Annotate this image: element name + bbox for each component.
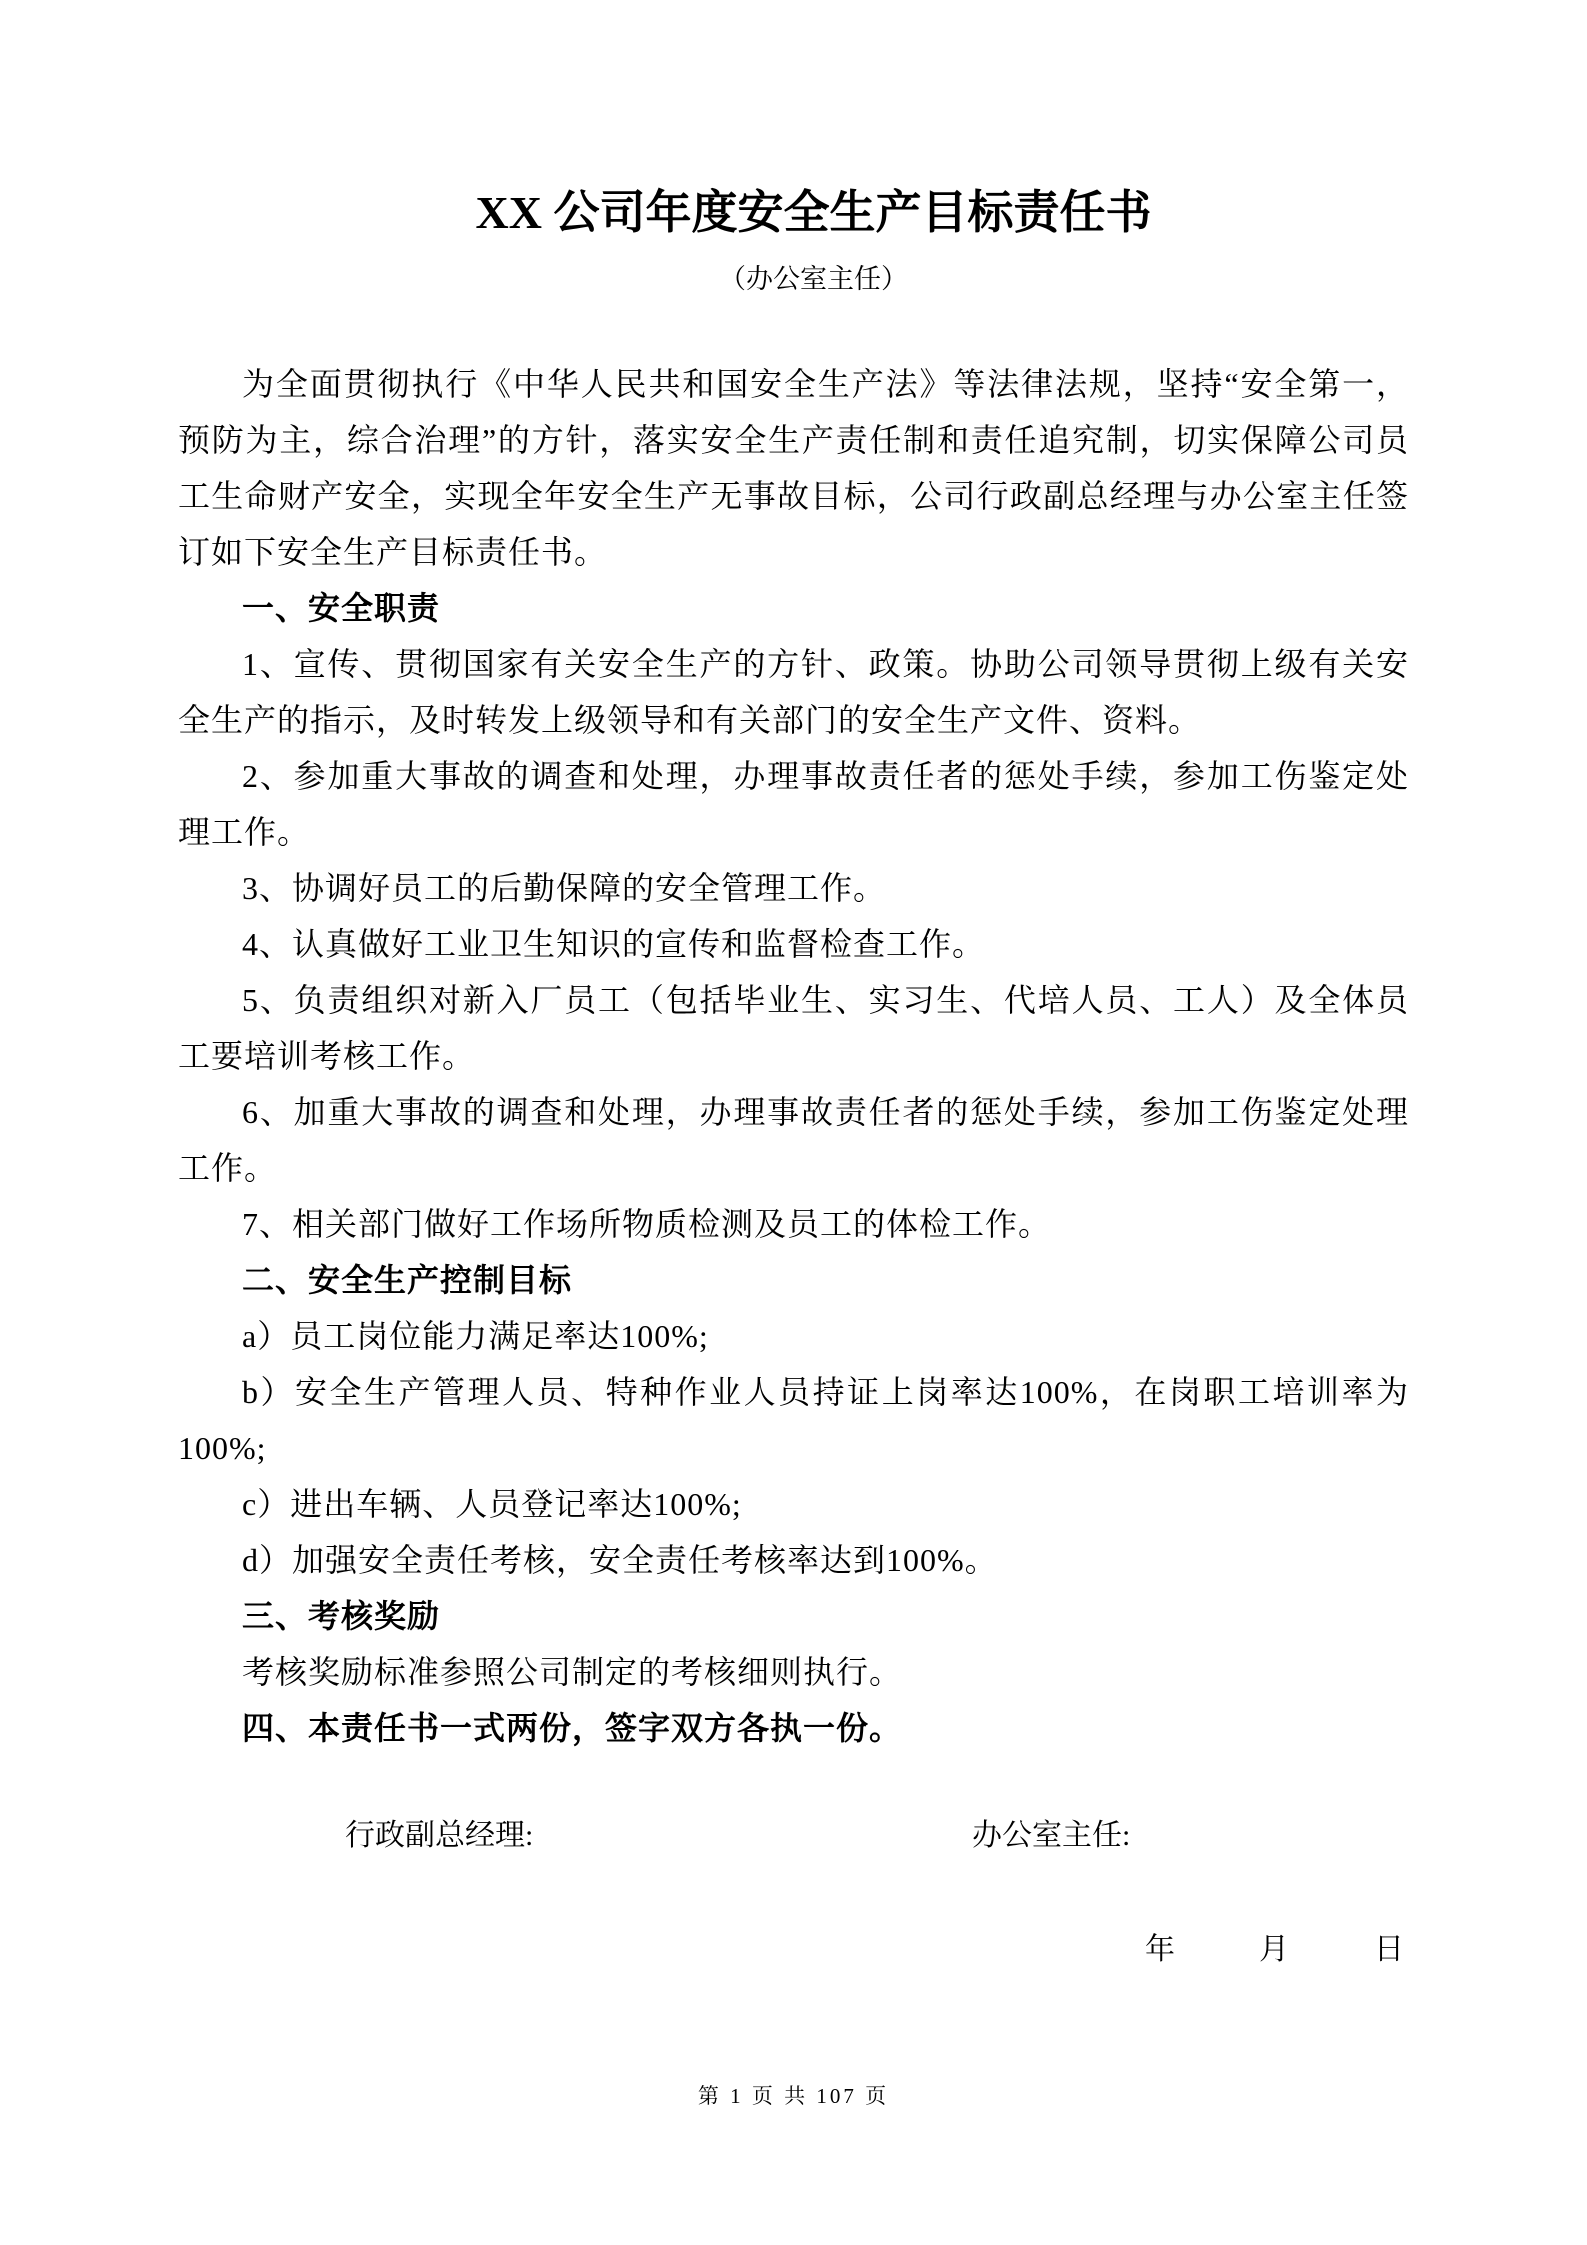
section4-heading: 四、本责任书一式两份，签字双方各执一份。 xyxy=(178,1700,1409,1756)
section3-heading: 三、考核奖励 xyxy=(178,1588,1409,1644)
date-line: 年 月 日 xyxy=(178,1922,1409,1978)
document-page: XX 公司年度安全生产目标责任书 （办公室主任） 为全面贯彻执行《中华人民共和国… xyxy=(0,0,1587,2245)
signature-left-label: 行政副总经理: xyxy=(345,1808,533,1864)
section2-item-a: a）员工岗位能力满足率达100%; xyxy=(178,1308,1409,1364)
document-body: 为全面贯彻执行《中华人民共和国安全生产法》等法律法规，坚持“安全第一，预防为主，… xyxy=(178,356,1409,1756)
date-month-label: 月 xyxy=(1259,1922,1289,1978)
section2-heading: 二、安全生产控制目标 xyxy=(178,1252,1409,1308)
date-day-label: 日 xyxy=(1374,1922,1404,1978)
section2-item-d: d）加强安全责任考核，安全责任考核率达到100%。 xyxy=(178,1532,1409,1588)
document-title: XX 公司年度安全生产目标责任书 xyxy=(178,0,1409,240)
intro-paragraph: 为全面贯彻执行《中华人民共和国安全生产法》等法律法规，坚持“安全第一，预防为主，… xyxy=(178,356,1409,580)
section2-item-b: b）安全生产管理人员、特种作业人员持证上岗率达100%，在岗职工培训率为100%… xyxy=(178,1364,1409,1476)
section2-item-c: c）进出车辆、人员登记率达100%; xyxy=(178,1476,1409,1532)
signature-row: 行政副总经理: 办公室主任: xyxy=(178,1808,1409,1864)
section1-item-1: 1、宣传、贯彻国家有关安全生产的方针、政策。协助公司领导贯彻上级有关安全生产的指… xyxy=(178,636,1409,748)
section1-item-6: 6、加重大事故的调查和处理，办理事故责任者的惩处手续，参加工伤鉴定处理工作。 xyxy=(178,1084,1409,1196)
date-year-label: 年 xyxy=(1145,1922,1175,1978)
section1-item-2: 2、参加重大事故的调查和处理，办理事故责任者的惩处手续，参加工伤鉴定处理工作。 xyxy=(178,748,1409,860)
section1-heading: 一、安全职责 xyxy=(178,580,1409,636)
section3-body: 考核奖励标准参照公司制定的考核细则执行。 xyxy=(178,1644,1409,1700)
page-number-footer: 第 1 页 共 107 页 xyxy=(0,2080,1587,2110)
signature-right-label: 办公室主任: xyxy=(972,1808,1130,1864)
section1-item-3: 3、协调好员工的后勤保障的安全管理工作。 xyxy=(178,860,1409,916)
section1-item-7: 7、相关部门做好工作场所物质检测及员工的体检工作。 xyxy=(178,1196,1409,1252)
section1-item-4: 4、认真做好工业卫生知识的宣传和监督检查工作。 xyxy=(178,916,1409,972)
section1-item-5: 5、负责组织对新入厂员工（包括毕业生、实习生、代培人员、工人）及全体员工要培训考… xyxy=(178,972,1409,1084)
document-subtitle: （办公室主任） xyxy=(178,262,1409,296)
